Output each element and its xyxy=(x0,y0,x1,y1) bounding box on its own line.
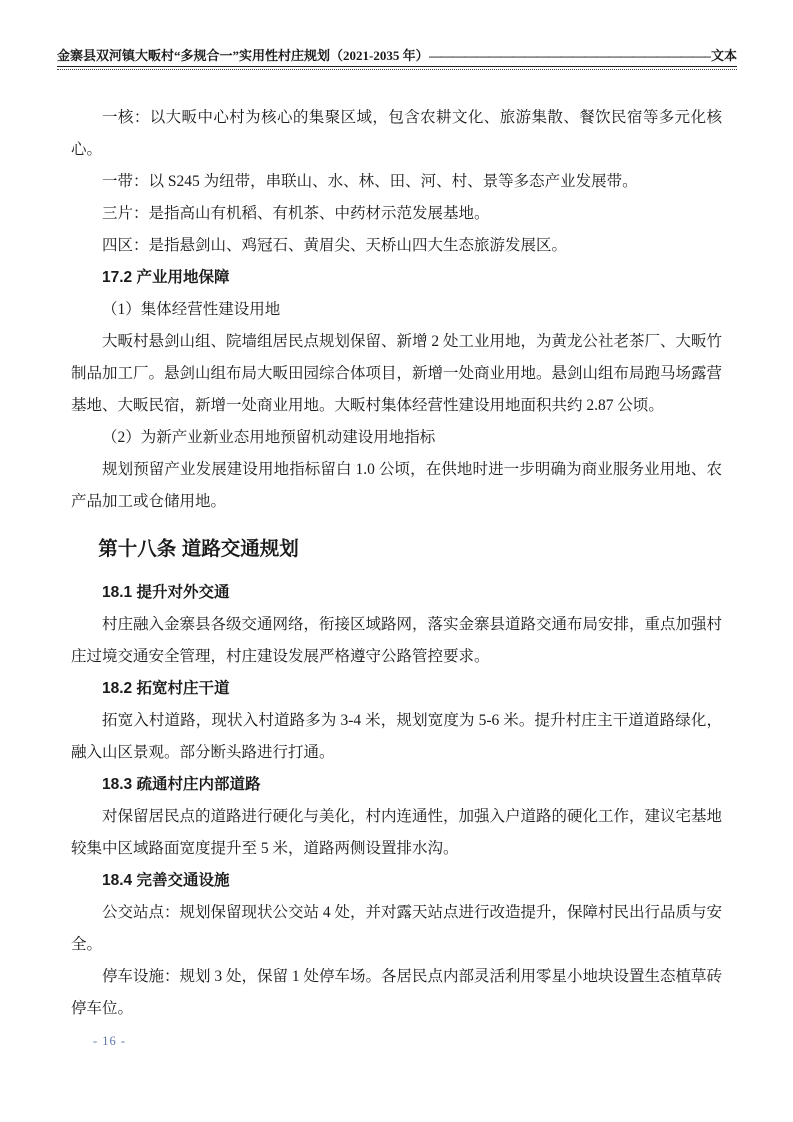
sub-heading: 18.1 提升对外交通 xyxy=(71,577,722,609)
header-dash-rule: ———————————————————————————————— xyxy=(429,48,711,64)
header-rule-dotted xyxy=(57,69,737,70)
sub-heading: 18.3 疏通村庄内部道路 xyxy=(71,769,722,801)
paragraph: 停车设施：规划 3 处，保留 1 处停车场。各居民点内部灵活利用零星小地块设置生… xyxy=(71,961,722,1025)
paragraph: （2）为新产业新业态用地预留机动建设用地指标 xyxy=(71,422,722,454)
paragraph: 大畈村悬剑山组、院墙组居民点规划保留、新增 2 处工业用地，为黄龙公社老茶厂、大… xyxy=(71,326,722,422)
paragraph: 拓宽入村道路，现状入村道路多为 3-4 米，规划宽度为 5-6 米。提升村庄主干… xyxy=(71,705,722,769)
paragraph: 四区：是指悬剑山、鸡冠石、黄眉尖、天桥山四大生态旅游发展区。 xyxy=(71,230,722,262)
page-footer: - 16 - xyxy=(93,1034,126,1049)
sub-heading: 18.4 完善交通设施 xyxy=(71,865,722,897)
paragraph: 对保留居民点的道路进行硬化与美化，村内连通性，加强入户道路的硬化工作，建议宅基地… xyxy=(71,801,722,865)
header-title: 金寨县双河镇大畈村“多规合一”实用性村庄规划（2021-2035 年） xyxy=(57,45,429,64)
chapter-heading: 第十八条 道路交通规划 xyxy=(71,531,722,567)
document-page: 金寨县双河镇大畈村“多规合一”实用性村庄规划（2021-2035 年） ————… xyxy=(0,0,793,1122)
sub-heading: 18.2 拓宽村庄干道 xyxy=(71,673,722,705)
paragraph: 三片：是指高山有机稻、有机茶、中药材示范发展基地。 xyxy=(71,198,722,230)
paragraph: （1）集体经营性建设用地 xyxy=(71,294,722,326)
header-right-label: 文本 xyxy=(711,45,737,64)
paragraph: 一带：以 S245 为纽带，串联山、水、林、田、河、村、景等多态产业发展带。 xyxy=(71,166,722,198)
paragraph: 村庄融入金寨县各级交通网络，衔接区域路网，落实金寨县道路交通布局安排，重点加强村… xyxy=(71,609,722,673)
paragraph: 一核：以大畈中心村为核心的集聚区域，包含农耕文化、旅游集散、餐饮民宿等多元化核心… xyxy=(71,102,722,166)
page-number: - 16 - xyxy=(93,1034,126,1048)
header-line: 金寨县双河镇大畈村“多规合一”实用性村庄规划（2021-2035 年） ————… xyxy=(57,45,737,67)
page-header: 金寨县双河镇大畈村“多规合一”实用性村庄规划（2021-2035 年） ————… xyxy=(57,45,737,70)
paragraph: 规划预留产业发展建设用地指标留白 1.0 公顷，在供地时进一步明确为商业服务业用… xyxy=(71,454,722,518)
sub-heading: 17.2 产业用地保障 xyxy=(71,262,722,294)
paragraph: 公交站点：规划保留现状公交站 4 处，并对露天站点进行改造提升，保障村民出行品质… xyxy=(71,897,722,961)
document-body: 一核：以大畈中心村为核心的集聚区域，包含农耕文化、旅游集散、餐饮民宿等多元化核心… xyxy=(71,102,722,1025)
